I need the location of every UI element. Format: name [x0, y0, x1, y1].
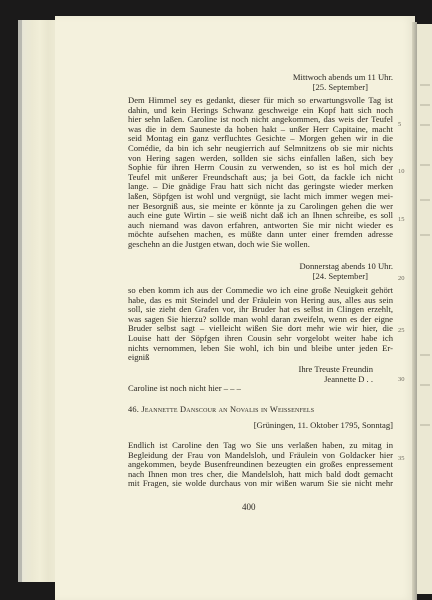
margin-line-number: 5	[398, 121, 401, 128]
entry2-date-bracket: [24. September]	[128, 272, 393, 282]
entry2-dateline-block: Donnerstag abends 10 Uhr. [24. September…	[128, 262, 393, 281]
page-number: 400	[242, 502, 256, 512]
margin-line-number: 30	[398, 376, 405, 383]
entry2-body: so eben komm ich aus der Commedie wo ich…	[128, 286, 393, 363]
text-line: mit Fragen, sie wolde durchaus von mir w…	[128, 479, 393, 489]
text-line: nichts vernommen, leben Sie wohl, ich bi…	[128, 344, 393, 354]
postscript: Caroline ist noch nicht hier – – –	[128, 384, 393, 394]
letter-dateline: [Grüningen, 11. Oktober 1795, Sonntag]	[128, 420, 393, 430]
book-cover-edge	[18, 20, 22, 582]
text-line: eigniß	[128, 353, 393, 363]
book-page-stack	[18, 20, 58, 582]
margin-line-number: 25	[398, 327, 405, 334]
facing-page-edge	[417, 24, 432, 594]
entry1-body: Dem Himmel sey es gedankt, dieser für mi…	[128, 96, 393, 250]
letter46-body: Endlich ist Caroline den Tag wo Sie uns …	[128, 441, 393, 489]
entry1-date-bracket: [25. September]	[128, 83, 393, 93]
entry2-closing-block: Ihre Treuste Freundin Jeannette D . . Ca…	[128, 365, 393, 394]
letter-heading: 46. Jeannette Danscour an Novalis in Wei…	[128, 405, 314, 414]
margin-line-number: 10	[398, 168, 405, 175]
margin-line-number: 15	[398, 216, 405, 223]
margin-line-number: 35	[398, 455, 405, 462]
margin-line-number: 20	[398, 275, 405, 282]
entry1-dateline-block: Mittwoch abends um 11 Uhr. [25. Septembe…	[128, 73, 393, 92]
text-line: geschehn an die Justgen etwan, doch wie …	[128, 240, 393, 250]
